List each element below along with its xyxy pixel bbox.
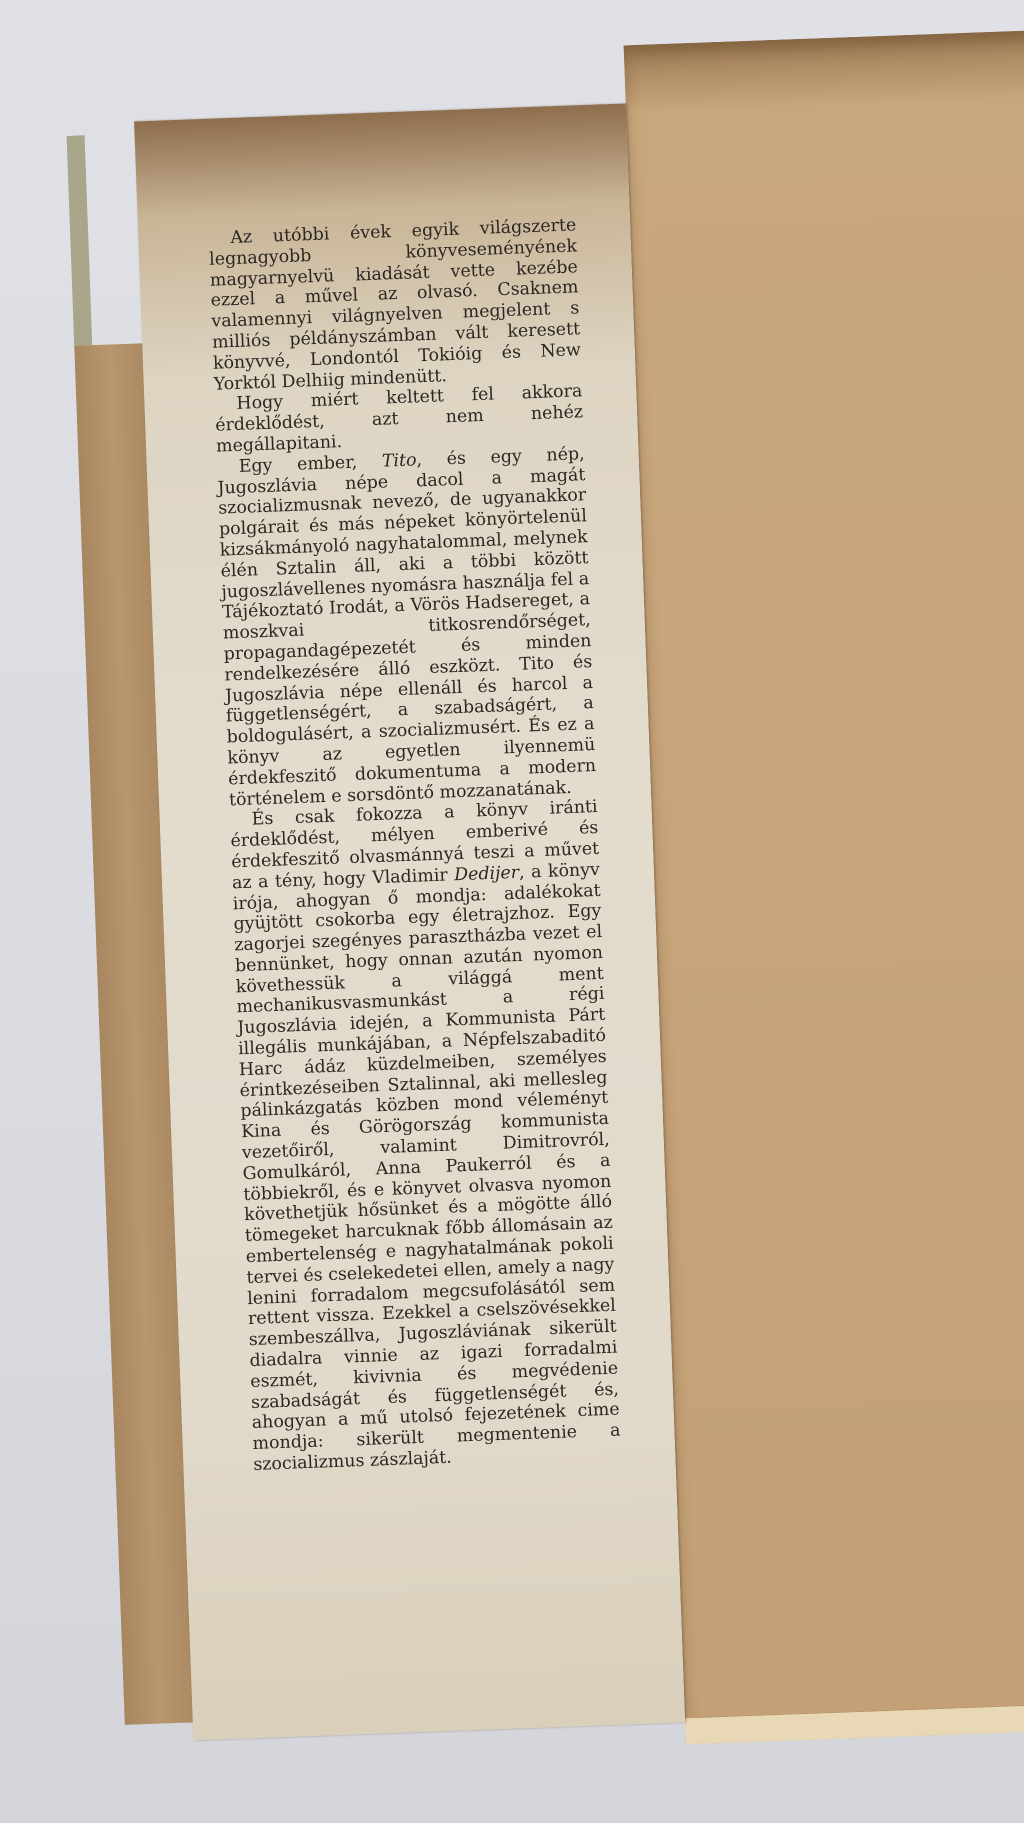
cardboard-cover (624, 30, 1024, 1744)
paragraph-4: És csak fokozza a könyv iránti érdeklődé… (229, 797, 621, 1476)
book-cover: Az utóbbi évek egyik világszerte legnagy… (64, 30, 1024, 1765)
paragraph-3: Egy ember, Tito, és egy nép, Jugoszlávia… (216, 444, 597, 811)
cover-bottom-edge (685, 1702, 1024, 1744)
dust-jacket-flap: Az utóbbi évek egyik világszerte legnagy… (134, 103, 685, 1740)
paragraph-1: Az utóbbi évek egyik világszerte legnagy… (208, 215, 582, 395)
spine-top-strip (67, 135, 93, 346)
flap-text: Az utóbbi évek egyik világszerte legnagy… (208, 215, 621, 1475)
